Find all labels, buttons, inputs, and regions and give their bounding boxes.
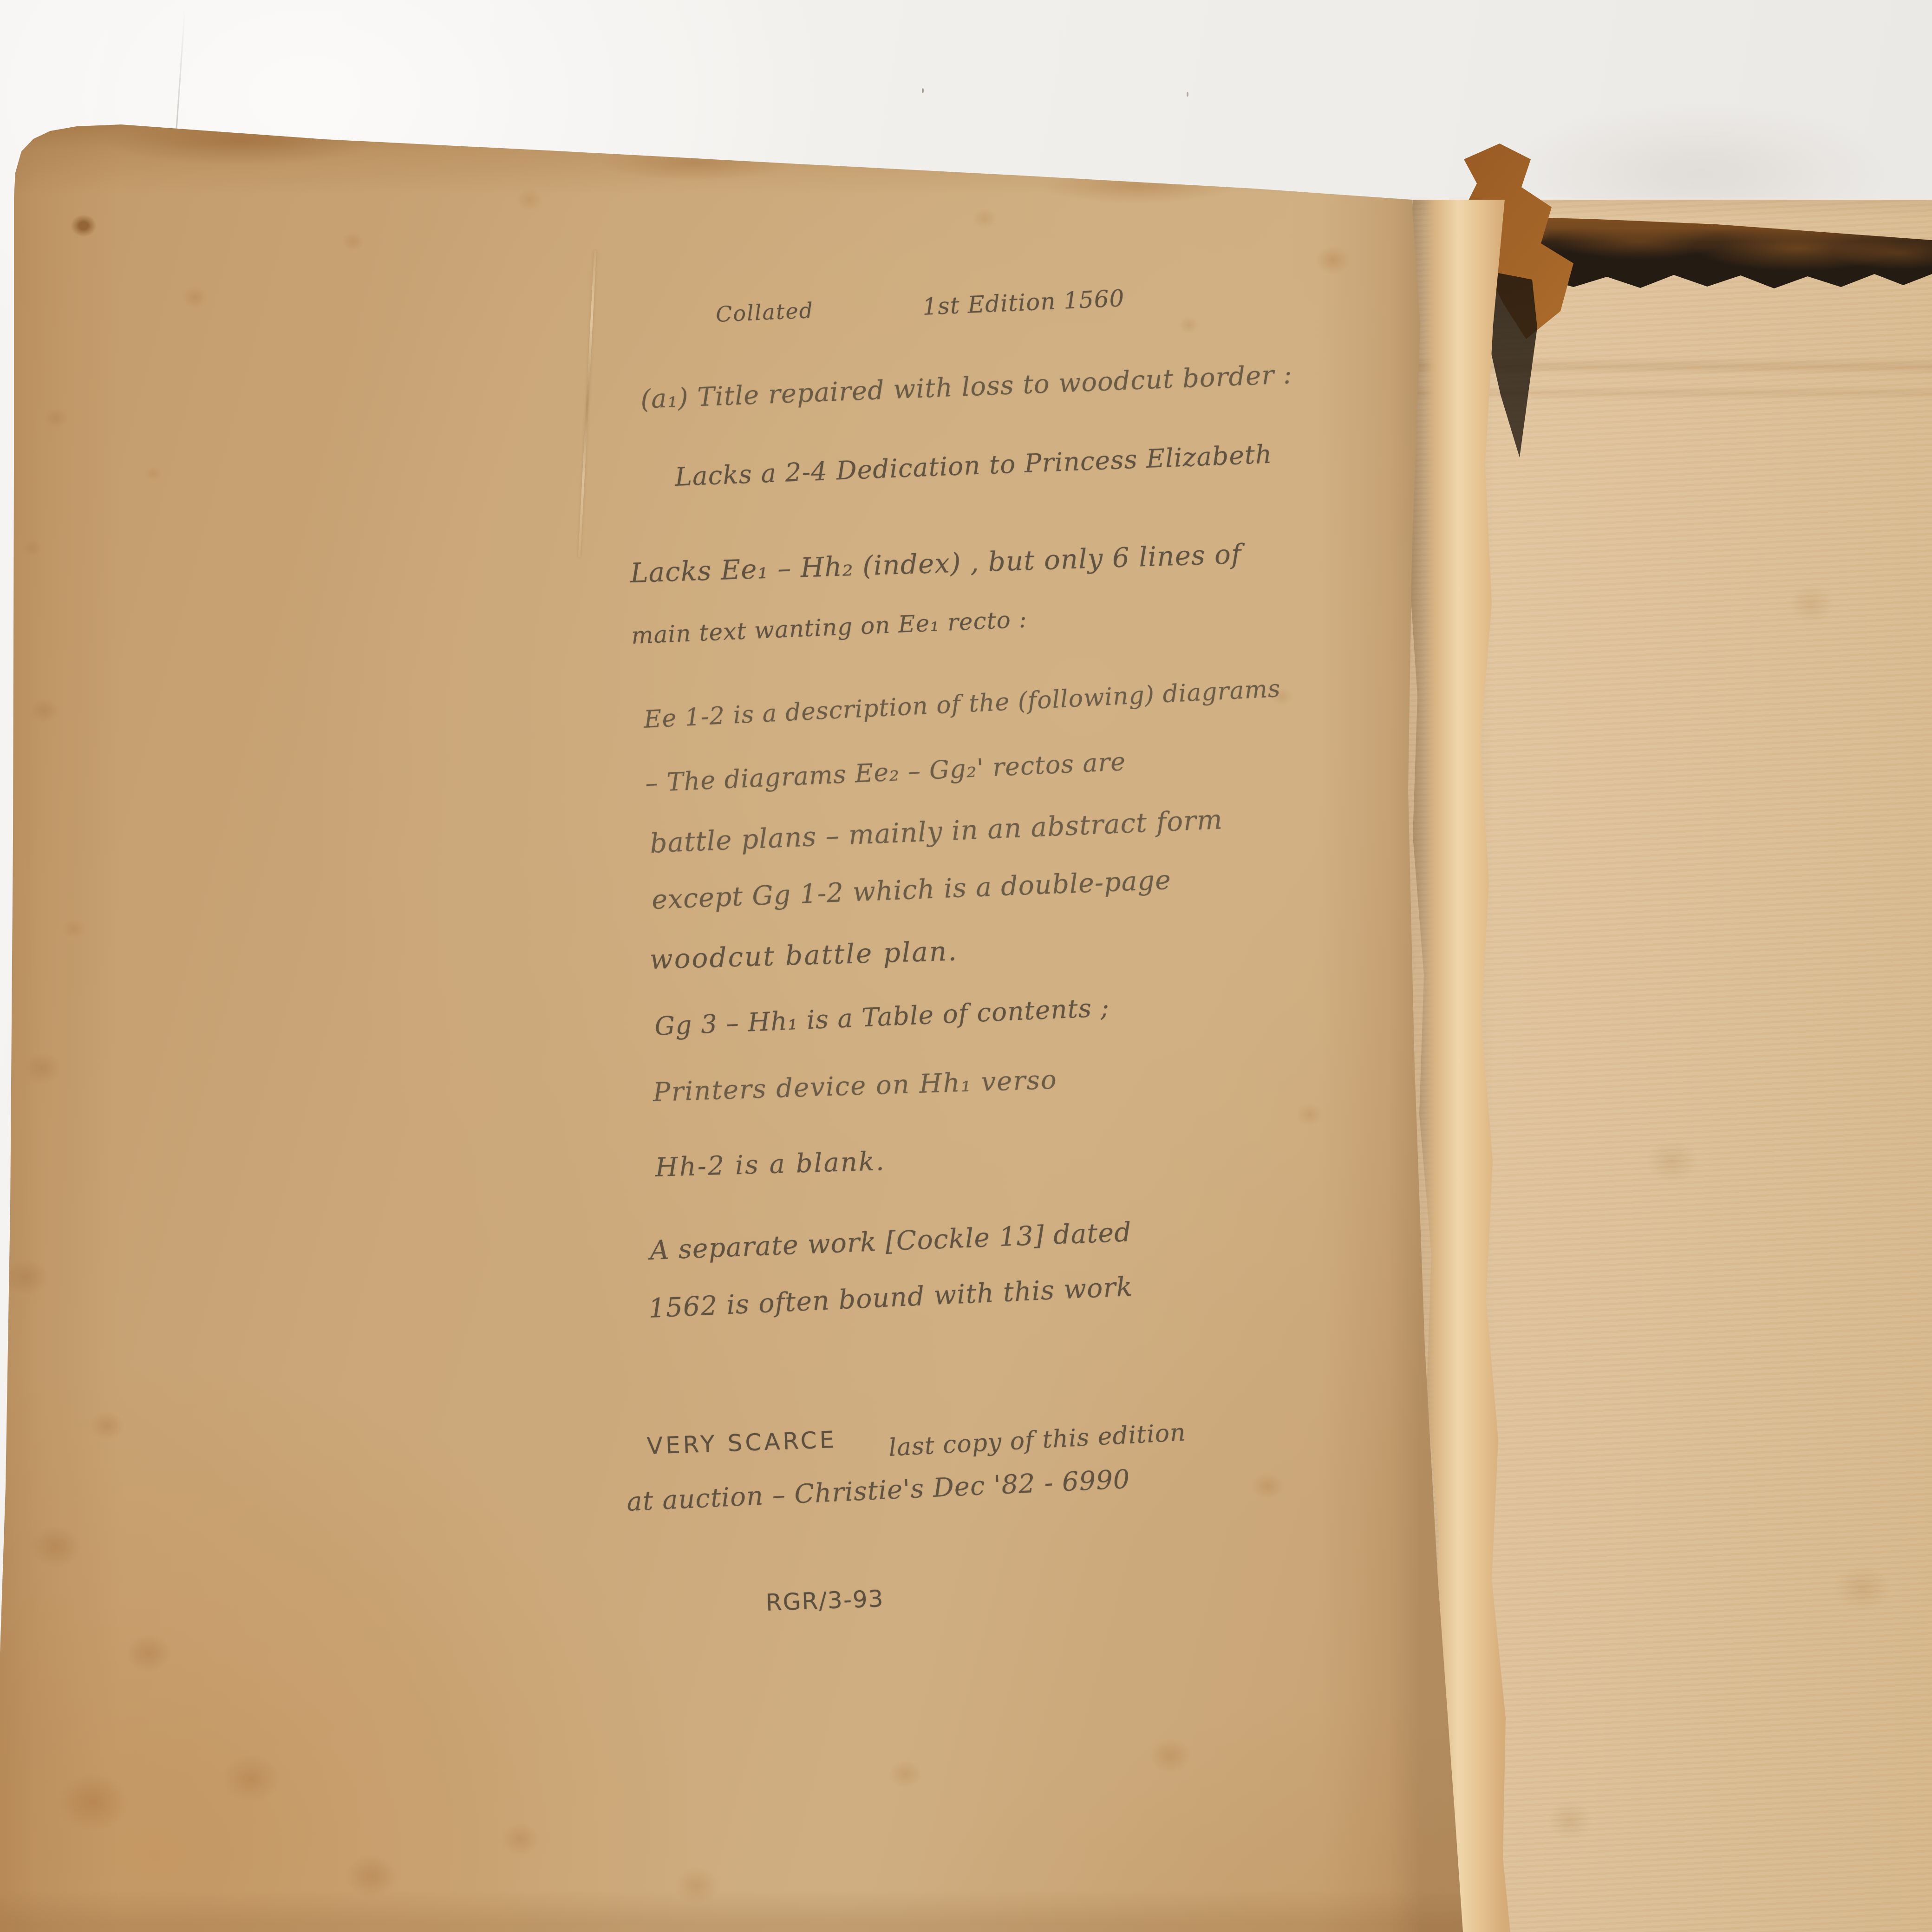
note-line-description: Ee 1-2 is a description of the (followin… (643, 675, 1281, 734)
note-line-woodcut-plan: woodcut battle plan. (649, 935, 959, 975)
note-line-except: except Gg 1-2 which is a double-page (651, 865, 1172, 915)
note-line-table-contents: Gg 3 – Hh₁ is a Table of contents ; (654, 992, 1110, 1041)
note-line-diagrams: – The diagrams Ee₂ – Gg₂' rectos are (645, 747, 1126, 798)
note-line-printers-device: Printers device on Hh₁ verso (653, 1065, 1058, 1108)
note-line-separate-work: A separate work [Cockle 13] dated (649, 1217, 1132, 1266)
handwritten-notes: Collated 1st Edition 1560 (a₁) Title rep… (0, 0, 1932, 1932)
note-line-edition: 1st Edition 1560 (922, 285, 1125, 320)
note-line-last-copy: last copy of this edition (888, 1418, 1187, 1462)
note-line-collated: Collated (715, 298, 814, 327)
note-line-title-repaired: (a₁) Title repaired with loss to woodcut… (640, 359, 1293, 415)
note-line-main-text: main text wanting on Ee₁ recto : (631, 606, 1028, 649)
note-line-blank: Hh-2 is a blank. (655, 1146, 886, 1183)
photo-backdrop: Collated 1st Edition 1560 (a₁) Title rep… (0, 0, 1932, 1932)
note-line-lacks-index: Lacks Ee₁ – Hh₂ (index) , but only 6 lin… (630, 538, 1242, 589)
note-line-auction: at auction – Christie's Dec '82 - 6990 (626, 1464, 1131, 1517)
note-line-very-scarce: VERY SCARCE (646, 1426, 837, 1460)
note-line-reference: RGR/3-93 (765, 1585, 884, 1616)
note-line-lacks-dedication: Lacks a 2-4 Dedication to Princess Eliza… (674, 439, 1273, 492)
note-line-bound-with: 1562 is often bound with this work (648, 1272, 1133, 1324)
note-line-battle-plans: battle plans – mainly in an abstract for… (649, 803, 1223, 859)
